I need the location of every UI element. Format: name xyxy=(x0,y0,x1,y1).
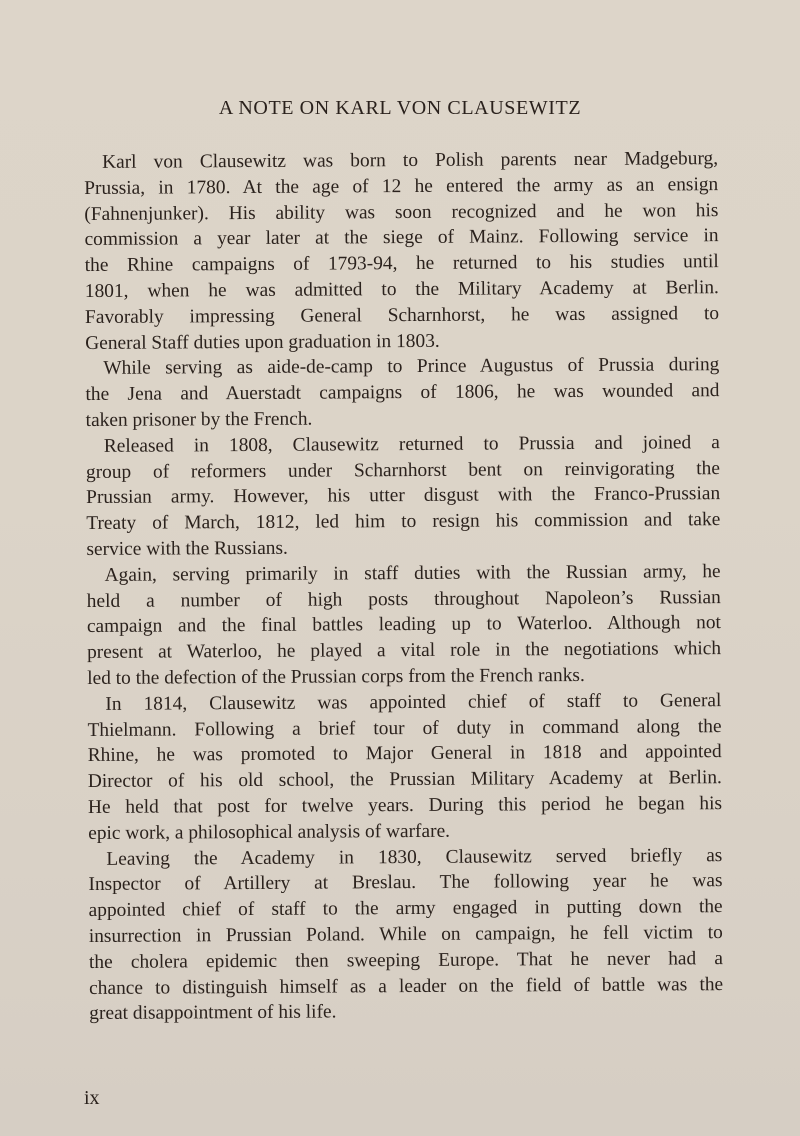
text-line: present at Waterloo, he played a vital r… xyxy=(87,636,721,666)
book-page: A NOTE ON KARL VON CLAUSEWITZ Karl von C… xyxy=(0,0,800,1136)
text-line: Thielmann. Following a brief tour of dut… xyxy=(87,714,721,744)
text-line: chance to distinguish himself as a leade… xyxy=(89,972,723,1002)
text-line: In 1814, Clausewitz was appointed chief … xyxy=(87,688,721,718)
text-line: led to the defection of the Prussian cor… xyxy=(87,662,721,692)
text-line: appointed chief of staff to the army eng… xyxy=(89,894,723,924)
text-line: While serving as aide-de-camp to Prince … xyxy=(85,352,719,382)
text-line: Leaving the Academy in 1830, Clausewitz … xyxy=(88,843,722,873)
body-text: Karl von Clausewitz was born to Polish p… xyxy=(84,146,723,1027)
text-line: General Staff duties upon graduation in … xyxy=(85,327,719,357)
text-line: campaign and the final battles leading u… xyxy=(87,610,721,640)
text-line: held a number of high posts throughout N… xyxy=(87,585,721,615)
text-line: Karl von Clausewitz was born to Polish p… xyxy=(84,146,718,176)
text-line: Treaty of March, 1812, led him to resign… xyxy=(86,507,720,537)
text-line: the Jena and Auerstadt campaigns of 1806… xyxy=(85,378,719,408)
text-line: the cholera epidemic then sweeping Europ… xyxy=(89,946,723,976)
text-line: Prussia, in 1780. At the age of 12 he en… xyxy=(84,172,718,202)
paragraph-4: Again, serving primarily in staff duties… xyxy=(87,559,722,692)
text-line: Director of his old school, the Prussian… xyxy=(88,765,722,795)
paragraph-1: Karl von Clausewitz was born to Polish p… xyxy=(84,146,719,356)
text-line: taken prisoner by the French. xyxy=(86,404,720,434)
text-line: epic work, a philosophical analysis of w… xyxy=(88,817,722,847)
text-line: He held that post for twelve years. Duri… xyxy=(88,791,722,821)
paragraph-2: While serving as aide-de-camp to Prince … xyxy=(85,352,719,433)
text-line: 1801, when he was admitted to the Milita… xyxy=(85,275,719,305)
text-line: group of reformers under Scharnhorst ben… xyxy=(86,456,720,486)
text-line: Released in 1808, Clausewitz returned to… xyxy=(86,430,720,460)
text-line: the Rhine campaigns of 1793-94, he retur… xyxy=(85,249,719,279)
page-number: ix xyxy=(84,1087,100,1110)
text-line: great disappointment of his life. xyxy=(89,997,723,1027)
paragraph-5: In 1814, Clausewitz was appointed chief … xyxy=(87,688,722,847)
page-title: A NOTE ON KARL VON CLAUSEWITZ xyxy=(0,97,800,120)
text-line: Favorably impressing General Scharnhorst… xyxy=(85,301,719,331)
paragraph-6: Leaving the Academy in 1830, Clausewitz … xyxy=(88,843,723,1027)
text-line: Inspector of Artillery at Breslau. The f… xyxy=(88,868,722,898)
text-line: insurrection in Prussian Poland. While o… xyxy=(89,920,723,950)
text-line: Again, serving primarily in staff duties… xyxy=(87,559,721,589)
paragraph-3: Released in 1808, Clausewitz returned to… xyxy=(86,430,721,563)
text-line: (Fahnenjunker). His ability was soon rec… xyxy=(84,198,718,228)
text-line: commission a year later at the siege of … xyxy=(84,224,718,254)
text-line: Rhine, he was promoted to Major General … xyxy=(88,739,722,769)
text-line: service with the Russians. xyxy=(86,533,720,563)
text-line: Prussian army. However, his utter disgus… xyxy=(86,481,720,511)
